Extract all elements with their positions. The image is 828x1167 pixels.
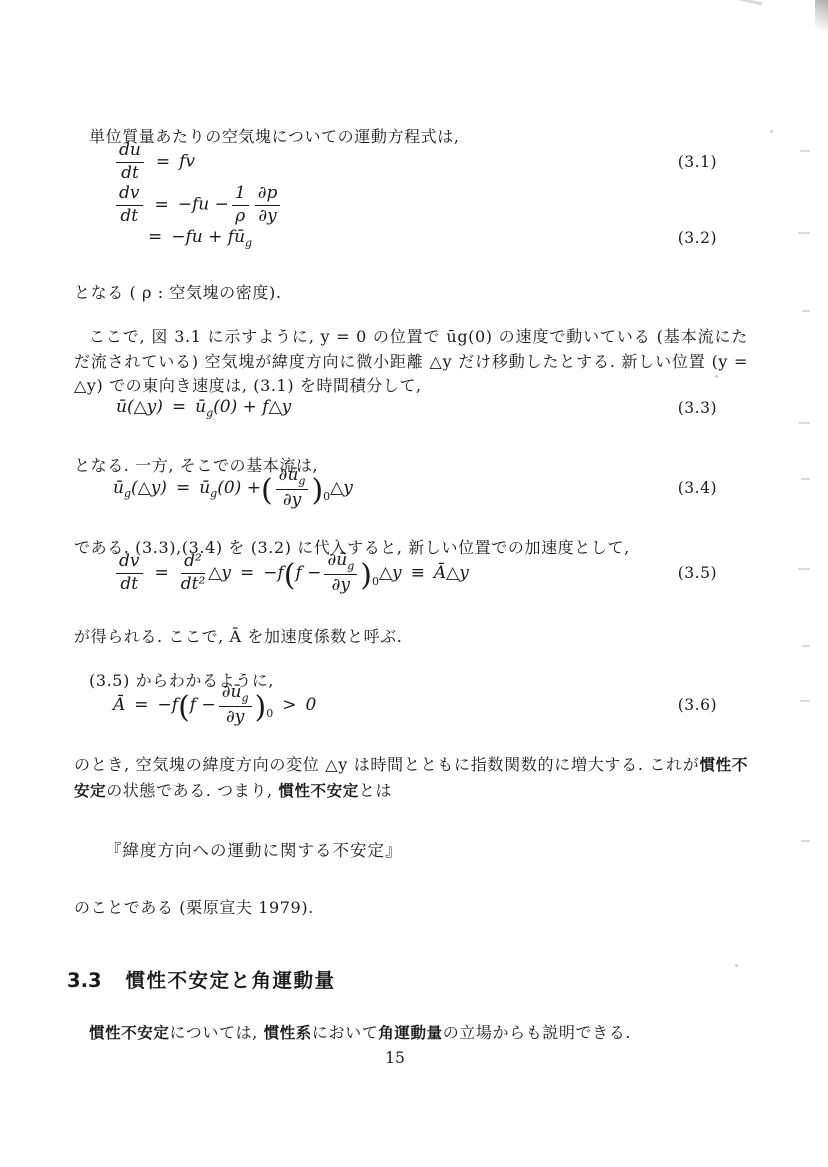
math-token: = bbox=[155, 195, 169, 215]
equation-label: (3.5) bbox=[678, 564, 717, 582]
math-token: ū bbox=[113, 478, 124, 498]
math-token: > bbox=[282, 695, 296, 715]
equation-body: Ā=−f(f −∂ūg∂y)0>0 bbox=[113, 683, 316, 728]
math-token: Ā bbox=[113, 695, 125, 715]
equation-body: ūg(△y)=ūg(0) +(∂ūg∂y)0△y bbox=[113, 466, 353, 511]
text-segment: の立場からも説明できる. bbox=[443, 1023, 631, 1042]
paren: ( bbox=[261, 476, 273, 506]
math-token: du bbox=[116, 141, 144, 163]
scan-artifact bbox=[740, 0, 762, 5]
paragraph-citation: のことである (栗原宣夫 1979). bbox=[74, 896, 748, 921]
math-token: △y bbox=[330, 478, 353, 498]
math-token: ∂ū bbox=[222, 682, 242, 702]
paren: ( bbox=[178, 693, 190, 723]
math-token: = bbox=[176, 478, 190, 498]
math-token: dv bbox=[116, 552, 143, 574]
scan-artifact bbox=[802, 645, 810, 647]
page-number: 15 bbox=[0, 1049, 790, 1067]
math-token: ∂ūg bbox=[276, 466, 309, 490]
fraction: 1ρ bbox=[232, 184, 249, 226]
math-token: (△y) bbox=[131, 478, 167, 498]
fraction: d²dt² bbox=[181, 552, 206, 594]
equation-body: ū(△y)=ūg(0) + f△y bbox=[116, 397, 291, 419]
paragraph-instability-condition: のとき, 空気塊の緯度方向の変位 △y は時間とともに指数関数的に増大する. こ… bbox=[74, 752, 748, 804]
paragraph-angular-momentum-intro: 慣性不安定については, 慣性系において角運動量の立場からも説明できる. bbox=[74, 1021, 748, 1046]
paragraph-acceleration-coefficient: が得られる. ここで, Ā を加速度係数と呼ぶ. bbox=[74, 625, 748, 650]
math-token: = bbox=[148, 227, 162, 247]
section-number: 3.3 bbox=[67, 969, 102, 992]
math-token: ∂ū bbox=[327, 550, 347, 570]
equation-3-3: ū(△y)=ūg(0) + f△y (3.3) bbox=[116, 397, 717, 419]
fraction: dvdt bbox=[116, 552, 143, 594]
math-token: ∂y bbox=[255, 206, 281, 227]
math-token: dt bbox=[116, 574, 143, 595]
scan-artifact bbox=[735, 964, 738, 967]
scan-artifact bbox=[815, 0, 828, 36]
math-token: ∂y bbox=[324, 575, 357, 596]
fraction: dudt bbox=[116, 141, 144, 183]
equation-body: dudt=fv bbox=[113, 141, 195, 183]
paragraph-parcel-displacement: ここで, 図 3.1 に示すように, y = 0 の位置で ūg(0) の速度で… bbox=[74, 325, 748, 399]
text-segment: の状態である. つまり, bbox=[106, 781, 278, 800]
section-heading: 3.3慣性不安定と角運動量 bbox=[67, 965, 336, 993]
text-segment: のとき, 空気塊の緯度方向の変位 △y は時間とともに指数関数的に増大する. こ… bbox=[74, 755, 699, 774]
math-token: dv bbox=[116, 184, 143, 206]
scan-artifact bbox=[801, 840, 810, 842]
math-token: ∂p bbox=[255, 184, 281, 206]
equation-3-5: dvdt=d²dt²△y=−f(f −∂ūg∂y)0△y≡Ā△y (3.5) bbox=[113, 549, 717, 597]
math-token: g bbox=[347, 559, 354, 572]
section-title: 慣性不安定と角運動量 bbox=[126, 969, 336, 992]
scan-artifact bbox=[798, 568, 810, 570]
equation-3-2-line-1: dvdt=−fu −1ρ∂p∂y bbox=[113, 180, 717, 230]
text-segment: において bbox=[312, 1023, 378, 1042]
math-token: Ā△y bbox=[434, 563, 469, 583]
math-token: = bbox=[156, 152, 170, 172]
math-token: −f bbox=[158, 695, 179, 715]
fraction: ∂ūg∂y bbox=[219, 683, 252, 728]
math-token: ∂y bbox=[276, 490, 309, 511]
paren: ) bbox=[360, 561, 372, 591]
equation-label: (3.1) bbox=[678, 153, 717, 171]
emphasis-inertial-frame: 慣性系 bbox=[264, 1024, 312, 1042]
equation-label: (3.4) bbox=[678, 479, 717, 497]
scan-artifact bbox=[799, 422, 810, 424]
paren: ) bbox=[311, 476, 323, 506]
paragraph-rho-note: となる ( ρ : 空気塊の密度). bbox=[74, 281, 748, 306]
math-token: ū(△y) bbox=[116, 397, 163, 417]
scan-artifact bbox=[798, 232, 810, 234]
emphasis-angular-momentum: 角運動量 bbox=[378, 1024, 442, 1042]
math-token: 1 bbox=[232, 184, 249, 206]
math-token: f − bbox=[190, 695, 216, 715]
math-token: fv bbox=[179, 152, 195, 172]
equation-3-6: Ā=−f(f −∂ūg∂y)0>0 (3.6) bbox=[113, 681, 717, 729]
text-segment: とは bbox=[359, 781, 392, 800]
math-token: ∂ūg bbox=[324, 551, 357, 575]
scan-artifact bbox=[802, 310, 810, 312]
emphasis-inertial-instability: 慣性不安定 bbox=[278, 782, 359, 800]
math-token: 0 bbox=[372, 575, 379, 588]
emphasis-inertial-instability: 慣性不安定 bbox=[89, 1024, 170, 1042]
math-token: ≡ bbox=[411, 563, 425, 583]
math-token: g bbox=[245, 236, 252, 249]
equation-body: dvdt=d²dt²△y=−f(f −∂ūg∂y)0△y≡Ā△y bbox=[113, 551, 469, 596]
math-token: g bbox=[242, 691, 249, 704]
fraction: ∂p∂y bbox=[255, 184, 281, 226]
definition-quote: 『緯度方向への運動に関する不安定』 bbox=[105, 837, 403, 861]
text-segment: については, bbox=[170, 1023, 264, 1042]
math-token: g bbox=[124, 487, 131, 500]
math-token: ρ bbox=[232, 206, 249, 227]
math-token: ∂ū bbox=[279, 465, 299, 485]
math-token: ∂y bbox=[219, 707, 252, 728]
math-token: d² bbox=[181, 552, 206, 574]
math-token: dt bbox=[116, 206, 143, 227]
math-token: 0 bbox=[266, 707, 273, 720]
equation-label: (3.6) bbox=[678, 696, 717, 714]
math-token: (0) + bbox=[217, 478, 261, 498]
fraction: ∂ūg∂y bbox=[276, 466, 309, 511]
equation-3-1: dudt=fv (3.1) bbox=[113, 139, 717, 185]
scan-artifact bbox=[800, 150, 810, 152]
math-token: △y bbox=[379, 563, 402, 583]
math-token: −f bbox=[263, 563, 284, 583]
scan-artifact bbox=[770, 130, 773, 133]
math-token: ∂ūg bbox=[219, 683, 252, 707]
math-token: −fu − bbox=[178, 195, 229, 215]
math-token: = bbox=[155, 563, 169, 583]
math-token: −fu + fū bbox=[171, 227, 245, 247]
math-token: = bbox=[240, 563, 254, 583]
fraction: dvdt bbox=[116, 184, 143, 226]
math-token: ū bbox=[199, 478, 210, 498]
equation-3-2-line-2: =−fu + fūg (3.2) bbox=[148, 228, 717, 248]
math-token: = bbox=[172, 397, 186, 417]
math-token: g bbox=[298, 474, 305, 487]
math-token: △y bbox=[208, 563, 231, 583]
fraction: ∂ūg∂y bbox=[324, 551, 357, 596]
math-token: dt² bbox=[181, 574, 206, 595]
scan-artifact bbox=[800, 700, 810, 702]
equation-3-4: ūg(△y)=ūg(0) +(∂ūg∂y)0△y (3.4) bbox=[113, 464, 717, 512]
document-page: 単位質量あたりの空気塊についての運動方程式は, dudt=fv (3.1) dv… bbox=[0, 0, 828, 1167]
equation-body: =−fu + fūg bbox=[148, 227, 252, 249]
scan-artifact bbox=[801, 478, 810, 480]
math-token: = bbox=[134, 695, 148, 715]
math-token: f − bbox=[295, 563, 321, 583]
equation-body: dvdt=−fu −1ρ∂p∂y bbox=[113, 184, 283, 226]
equation-label: (3.3) bbox=[678, 399, 717, 417]
paren: ) bbox=[255, 693, 267, 723]
equation-label: (3.2) bbox=[678, 229, 717, 247]
math-token: (0) + f△y bbox=[213, 397, 291, 417]
paren: ( bbox=[284, 561, 296, 591]
math-token: 0 bbox=[306, 695, 317, 715]
math-token: ū bbox=[195, 397, 206, 417]
